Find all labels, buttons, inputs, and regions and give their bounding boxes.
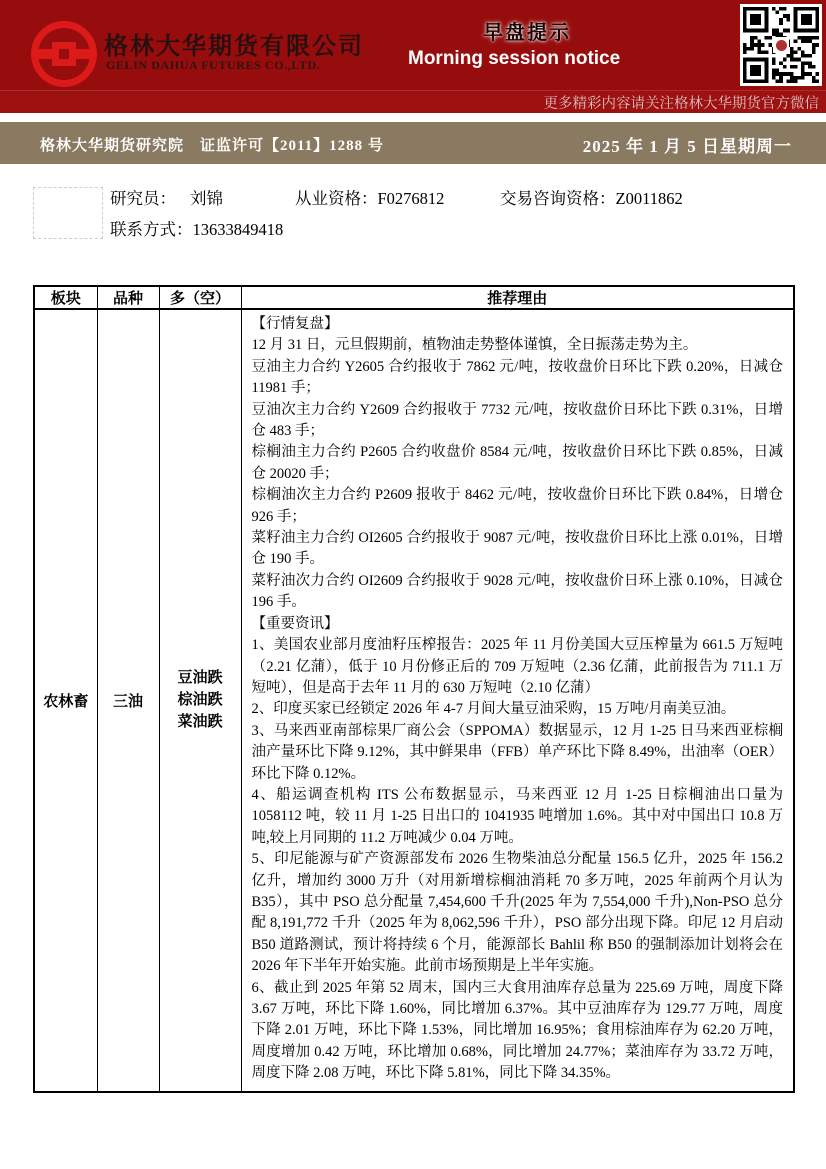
header-sector: 板块: [34, 286, 97, 309]
cert-field: 从业资格：F0276812: [295, 185, 444, 209]
position-line: 豆油跌: [161, 667, 240, 689]
reason-paragraph: 3、马来西亚南部棕果厂商公会（SPPOMA）数据显示，12 月 1-25 日马来…: [252, 721, 784, 785]
info-bar: 格林大华期货研究院 证监许可【2011】1288 号 2025 年 1 月 5 …: [0, 122, 826, 164]
reason-paragraph: 5、印尼能源与矿产资源部发布 2026 生物柴油总分配量 156.5 亿升，20…: [252, 849, 784, 977]
reason-paragraph: 豆油次主力合约 Y2609 合约报收于 7732 元/吨，按收盘价日环比下跌 0…: [252, 400, 784, 443]
reason-paragraph: 豆油主力合约 Y2605 合约报收于 7862 元/吨，按收盘价日环比下跌 0.…: [252, 357, 784, 400]
logo-hole: [59, 49, 69, 59]
reason-paragraph: 【重要资讯】: [252, 614, 784, 635]
position-cell: 豆油跌棕油跌菜油跌: [159, 309, 241, 1092]
researcher-block: 研究员：刘锦 从业资格：F0276812 交易咨询资格：Z0011862 联系方…: [0, 185, 826, 245]
sector-cell: 农林畜: [34, 309, 97, 1092]
company-logo-icon: [31, 21, 97, 87]
reason-paragraph: 菜籽油次力合约 OI2609 合约报收于 9028 元/吨，按收盘价日环上涨 0…: [252, 571, 784, 614]
cert-label: 从业资格：: [295, 189, 378, 208]
reason-paragraph: 12 月 31 日，元旦假期前，植物油走势整体谨慎，全日振荡走势为主。: [252, 335, 784, 356]
contact-label: 联系方式：: [110, 220, 193, 239]
researcher-line-2: 联系方式：13633849418: [0, 216, 826, 242]
qr-center-logo-icon: [773, 37, 789, 53]
researcher-line-1: 研究员：刘锦 从业资格：F0276812 交易咨询资格：Z0011862: [0, 185, 826, 211]
notice-title-cn: 早盘提示: [427, 16, 627, 45]
researcher-name-label: 研究员：: [110, 189, 176, 208]
researcher-name-field: 研究员：刘锦: [110, 185, 223, 209]
researcher-name-value: 刘锦: [190, 189, 223, 208]
contact-field: 联系方式：13633849418: [110, 216, 283, 240]
report-date: 2025 年 1 月 5 日星期周一: [583, 132, 792, 157]
recommendation-table: 板块 品种 多（空） 推荐理由 农林畜 三油 豆油跌棕油跌菜油跌 【行情复盘】1…: [33, 285, 795, 1093]
reason-paragraph: 【行情复盘】: [252, 314, 784, 335]
reason-paragraph: 菜籽油主力合约 OI2605 合约报收于 9087 元/吨，按收盘价日环比上涨 …: [252, 528, 784, 571]
header-reason: 推荐理由: [241, 286, 794, 309]
position-line: 菜油跌: [161, 711, 240, 733]
table-header-row: 板块 品种 多（空） 推荐理由: [34, 286, 794, 309]
advisory-field: 交易咨询资格：Z0011862: [500, 185, 683, 209]
reason-paragraph: 2、印度买家已经锁定 2026 年 4-7 月间大量豆油采购，15 万吨/月南美…: [252, 699, 784, 720]
reason-cell: 【行情复盘】12 月 31 日，元旦假期前，植物油走势整体谨慎，全日振荡走势为主…: [241, 309, 794, 1092]
wechat-qr-code: [740, 4, 822, 86]
contact-value: 13633849418: [193, 220, 284, 239]
institute-license: 格林大华期货研究院 证监许可【2011】1288 号: [40, 134, 384, 155]
reason-paragraph: 棕榈油主力合约 P2605 合约收盘价 8584 元/吨，按收盘价日环比下跌 0…: [252, 442, 784, 485]
position-line: 棕油跌: [161, 689, 240, 711]
header-banner: 格林大华期货有限公司 GELIN DAHUA FUTURES CO.,LTD. …: [0, 0, 826, 113]
company-name-cn: 格林大华期货有限公司: [104, 26, 364, 61]
header-variety: 品种: [97, 286, 159, 309]
variety-cell: 三油: [97, 309, 159, 1092]
advisory-label: 交易咨询资格：: [500, 189, 616, 208]
header-position: 多（空）: [159, 286, 241, 309]
company-name-en: GELIN DAHUA FUTURES CO.,LTD.: [106, 58, 320, 73]
reason-paragraph: 6、截止到 2025 年第 52 周末，国内三大食用油库存总量为 225.69 …: [252, 978, 784, 1085]
reason-paragraph: 1、美国农业部月度油籽压榨报告：2025 年 11 月份美国大豆压榨量为 661…: [252, 635, 784, 699]
wechat-note: 更多精彩内容请关注格林大华期货官方微信: [544, 92, 820, 113]
reason-paragraph: 棕榈油次主力合约 P2609 报收于 8462 元/吨，按收盘价日环比下跌 0.…: [252, 485, 784, 528]
table-row: 农林畜 三油 豆油跌棕油跌菜油跌 【行情复盘】12 月 31 日，元旦假期前，植…: [34, 309, 794, 1092]
cert-value: F0276812: [378, 189, 445, 208]
wechat-strip: 更多精彩内容请关注格林大华期货官方微信: [0, 90, 826, 113]
notice-title-en: Morning session notice: [408, 48, 620, 70]
reason-paragraph: 4、船运调查机构 ITS 公布数据显示，马来西亚 12 月 1-25 日棕榈油出…: [252, 785, 784, 849]
advisory-value: Z0011862: [616, 189, 683, 208]
